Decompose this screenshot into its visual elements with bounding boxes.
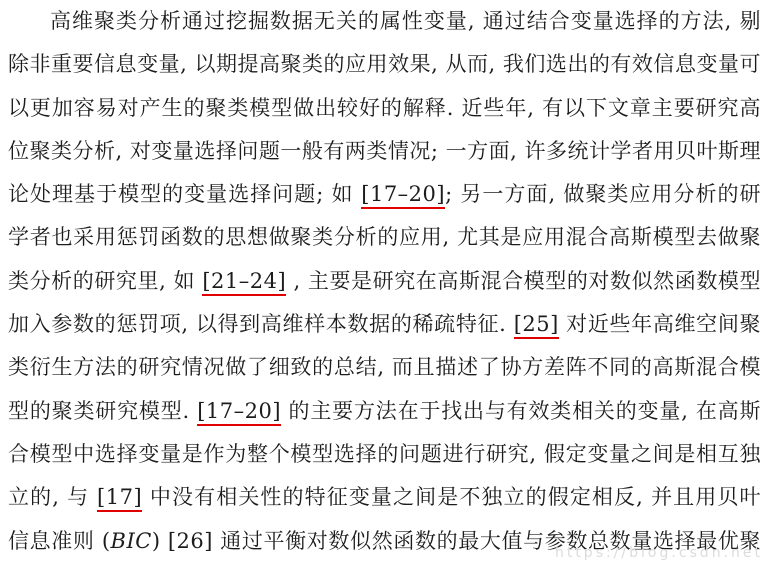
- text-line: 合模型中选择变量是作为整个模型选择的问题进行研究, 假定变量之间是相互独: [8, 433, 761, 476]
- paragraph: 高维聚类分析通过挖掘数据无关的属性变量, 通过结合变量选择的方法, 剔除非重要信…: [0, 0, 769, 563]
- citation-ref[interactable]: [17]: [97, 485, 142, 512]
- text-segment: 类衍生方法的研究情况做了细致的总结, 而且描述了协方差阵不同的高斯混合模: [8, 355, 761, 379]
- text-line: 信息准则 (BIC) [26] 通过平衡对数似然函数的最大值与参数总数量选择最优…: [8, 520, 761, 563]
- text-line: 学者也采用惩罚函数的思想做聚类分析的应用, 尤其是应用混合高斯模型去做聚: [8, 216, 761, 259]
- citation-ref[interactable]: [17–20]: [197, 399, 281, 426]
- text-segment: 学者也采用惩罚函数的思想做聚类分析的应用, 尤其是应用混合高斯模型去做聚: [8, 225, 761, 249]
- text-line: 位聚类分析, 对变量选择问题一般有两类情况; 一方面, 许多统计学者用贝叶斯理: [8, 130, 761, 173]
- text-segment: 位聚类分析, 对变量选择问题一般有两类情况; 一方面, 许多统计学者用贝叶斯理: [8, 139, 761, 163]
- text-line: 立的, 与 [17] 中没有相关性的特征变量之间是不独立的假定相反, 并且用贝叶…: [8, 476, 761, 519]
- text-segment: 加入参数的惩罚项, 以得到高维样本数据的稀疏特征.: [8, 312, 514, 336]
- text-segment: 对近些年高维空间聚: [559, 312, 761, 336]
- text-segment: 合模型中选择变量是作为整个模型选择的问题进行研究, 假定变量之间是相互独: [8, 442, 761, 466]
- text-line: 类衍生方法的研究情况做了细致的总结, 而且描述了协方差阵不同的高斯混合模: [8, 346, 761, 389]
- text-segment: 除非重要信息变量, 以期提高聚类的应用效果, 从而, 我们选出的有效信息变量可: [8, 52, 761, 76]
- text-line: 类分析的研究里, 如 [21–24] , 主要是研究在高斯混合模型的对数似然函数…: [8, 260, 761, 303]
- document-page: 高维聚类分析通过挖掘数据无关的属性变量, 通过结合变量选择的方法, 剔除非重要信…: [0, 0, 769, 563]
- text-line: 以更加容易对产生的聚类模型做出较好的解释. 近些年, 有以下文章主要研究高: [8, 87, 761, 130]
- text-line: 加入参数的惩罚项, 以得到高维样本数据的稀疏特征. [25] 对近些年高维空间聚: [8, 303, 761, 346]
- text-line: 高维聚类分析通过挖掘数据无关的属性变量, 通过结合变量选择的方法, 剔: [8, 0, 761, 43]
- text-segment: 以更加容易对产生的聚类模型做出较好的解释. 近些年, 有以下文章主要研究高: [8, 96, 761, 120]
- text-line: 论处理基于模型的变量选择问题; 如 [17–20]; 另一方面, 做聚类应用分析…: [8, 173, 761, 216]
- citation-ref[interactable]: [25]: [514, 312, 559, 339]
- text-segment: 立的, 与: [8, 485, 97, 509]
- text-segment: 类分析的研究里, 如: [8, 269, 202, 293]
- text-segment: ) [26] 通过平衡对数似然函数的最大值与参数总数量选择最优聚: [152, 529, 761, 553]
- text-line: 型的聚类研究模型. [17–20] 的主要方法在于找出与有效类相关的变量, 在高…: [8, 390, 761, 433]
- math-term: BIC: [111, 529, 152, 553]
- text-line: 除非重要信息变量, 以期提高聚类的应用效果, 从而, 我们选出的有效信息变量可: [8, 43, 761, 86]
- citation-ref[interactable]: [21–24]: [202, 269, 286, 296]
- text-segment: 型的聚类研究模型.: [8, 399, 197, 423]
- text-segment: 信息准则 (: [8, 529, 111, 553]
- text-segment: 论处理基于模型的变量选择问题; 如: [8, 182, 361, 206]
- text-segment: 高维聚类分析通过挖掘数据无关的属性变量, 通过结合变量选择的方法, 剔: [50, 9, 761, 33]
- citation-ref[interactable]: [17–20]: [361, 182, 445, 209]
